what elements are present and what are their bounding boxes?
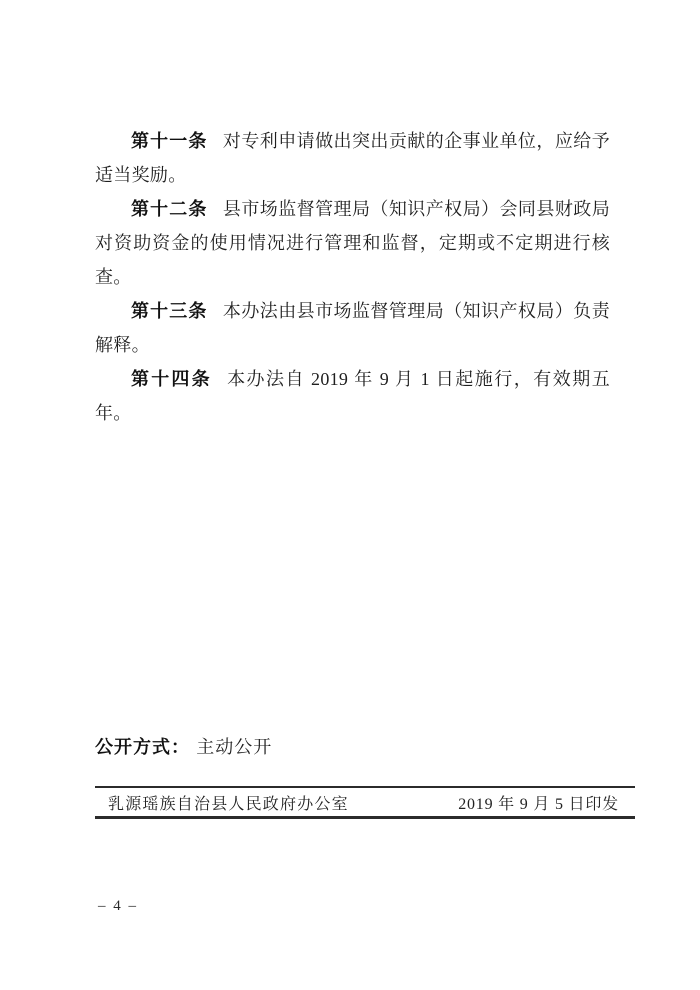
article-12-label: 第十二条 [131,199,208,219]
print-date: 2019 年 9 月 5 日印发 [458,791,619,814]
article-12-paragraph: 第十二条县市场监督管理局（知识产权局）会同县财政局对资助资金的使用情况进行管理和… [95,192,610,294]
issuing-office: 乳源瑶族自治县人民政府办公室 [108,791,349,814]
publicity-method-value: 主动公开 [196,737,272,757]
page-number: – 4 – [88,898,148,915]
article-14-label: 第十四条 [131,369,212,389]
publicity-method-row: 公开方式：主动公开 [95,734,272,760]
document-body: 第十一条对专利申请做出突出贡献的企事业单位，应给予适当奖励。 第十二条县市场监督… [95,124,610,430]
document-page: 第十一条对专利申请做出突出贡献的企事业单位，应给予适当奖励。 第十二条县市场监督… [0,0,700,990]
article-14-paragraph: 第十四条本办法自 2019 年 9 月 1 日起施行，有效期五年。 [95,362,610,430]
article-11-paragraph: 第十一条对专利申请做出突出贡献的企事业单位，应给予适当奖励。 [95,124,610,192]
article-13-label: 第十三条 [131,301,208,321]
article-13-paragraph: 第十三条本办法由县市场监督管理局（知识产权局）负责解释。 [95,294,610,362]
article-11-label: 第十一条 [131,131,208,151]
imprint-footer: 乳源瑶族自治县人民政府办公室 2019 年 9 月 5 日印发 [95,786,635,819]
publicity-method-label: 公开方式： [95,737,190,757]
